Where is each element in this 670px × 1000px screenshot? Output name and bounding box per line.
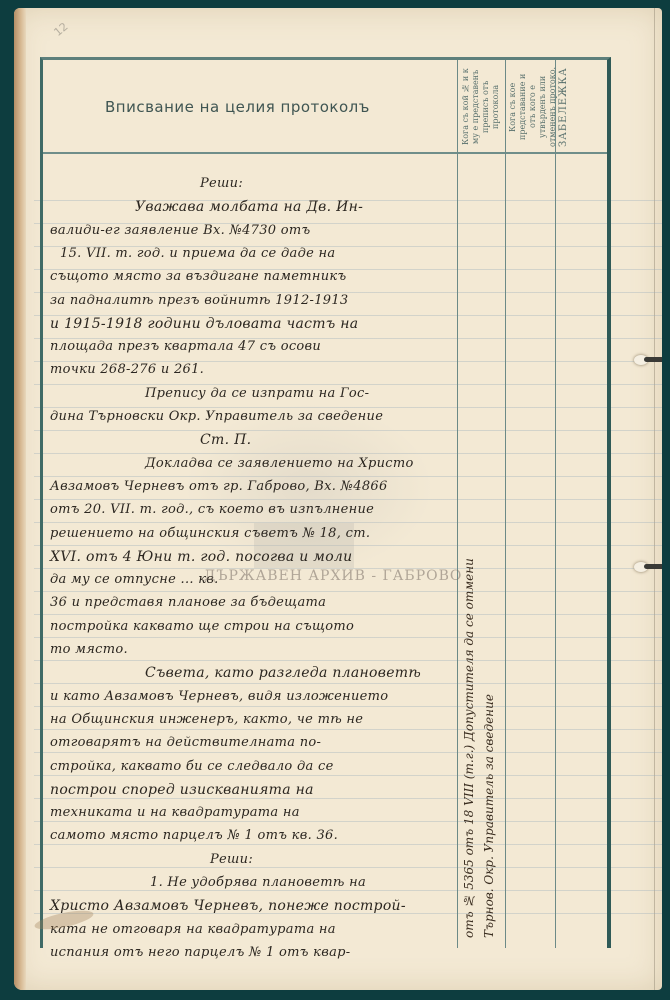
handwritten-line: площада презъ квартала 47 съ осови [50,339,321,354]
handwritten-line: постройка каквато ще строи на същото [50,619,354,634]
column-divider [505,60,506,948]
handwritten-line: за падналитѣ презъ войнитѣ 1912-1913 [50,293,349,308]
handwritten-line: Реши: [210,852,253,867]
handwritten-line: XVI. отъ 4 Юни т. год. посогва и моли [50,549,352,565]
handwritten-line: 15. VII. т. год. и приема да се даде на [60,246,335,261]
margin-note-line2: Търнов. Окр. Управитель за сведение [482,648,496,938]
handwritten-line: Препису да се изпрати на Гос- [145,386,369,401]
header-col-copy-issued: Кога съ кой № и к му е представенъ препи… [461,66,503,148]
archive-watermark-text: ДЪРЖАВЕН АРХИВ - ГАБРОВО [204,568,462,584]
handwritten-line: същото място за въздигане паметникъ [50,269,346,284]
handwritten-line: отъ 20. VII. т. год., съ което въ изпълн… [50,502,374,517]
pencil-page-mark: 12 [51,20,70,39]
handwritten-line: да му се отпусне ... кв. [50,572,219,587]
handwritten-line: ката не отговаря на квадратурата на [50,922,336,937]
ledger-page: 12 Вписвание на целия протоколъ Кога съ … [14,8,662,990]
binder-clip [644,357,662,362]
handwritten-line: Съвета, като разгледа плановетѣ [145,665,421,681]
handwritten-line: и като Авзамовъ Черневъ, видя изложениет… [50,689,388,704]
handwritten-line: Реши: [200,176,243,191]
handwritten-line: стройка, каквато би се следвало да се [50,759,334,774]
handwritten-line: Уважава молбата на Дв. Ин- [135,199,363,215]
column-divider [457,60,458,948]
handwritten-line: самото място парцелъ № 1 отъ кв. 36. [50,828,338,843]
column-divider [555,60,556,948]
header-title: Вписвание на целия протоколъ [105,98,370,116]
table-header: Вписвание на целия протоколъ Кога съ кой… [43,60,607,154]
handwritten-line: Христо Авзамовъ Черневъ, понеже построй- [50,898,406,914]
handwritten-line: Докладва се заявлението на Христо [145,456,414,471]
handwritten-line: то място. [50,642,128,657]
handwritten-line: и 1915-1918 години дъловата частъ на [50,316,358,332]
handwritten-line: валиди-ег заявление Вх. №4730 отъ [50,223,311,238]
handwritten-line: 36 и представя планове за бъдещата [50,595,326,610]
handwritten-line: Авзамовъ Черневъ отъ гр. Габрово, Вх. №4… [50,479,388,494]
handwritten-line: испания отъ него парцелъ № 1 отъ квар- [50,945,350,960]
handwritten-line: Ст. П. [200,432,251,448]
handwritten-line: дина Търновски Окр. Управитель за сведен… [50,409,383,424]
page-spine [14,8,26,990]
handwritten-line: отговарятъ на действителната по- [50,735,321,750]
header-col-note: ЗАБЕЛЕЖКА [559,66,597,148]
binder-clip [644,564,662,569]
handwritten-line: точки 268-276 и 261. [50,362,204,377]
header-col-approval: Кога съ кое представание и отъ кого е ут… [508,66,550,148]
handwritten-line: построи според изискванията на [50,782,314,798]
handwritten-line: на Общинския инженеръ, както, че тѣ не [50,712,363,727]
handwritten-line: решението на общинския съветъ № 18, ст. [50,526,370,541]
handwritten-line: 1. Не удобрява плановетѣ на [150,875,366,890]
margin-note-line1: отъ № 5365 отъ 18 VIII (т.г.) Допустител… [462,608,476,938]
handwritten-line: техниката и на квадратурата на [50,805,300,820]
